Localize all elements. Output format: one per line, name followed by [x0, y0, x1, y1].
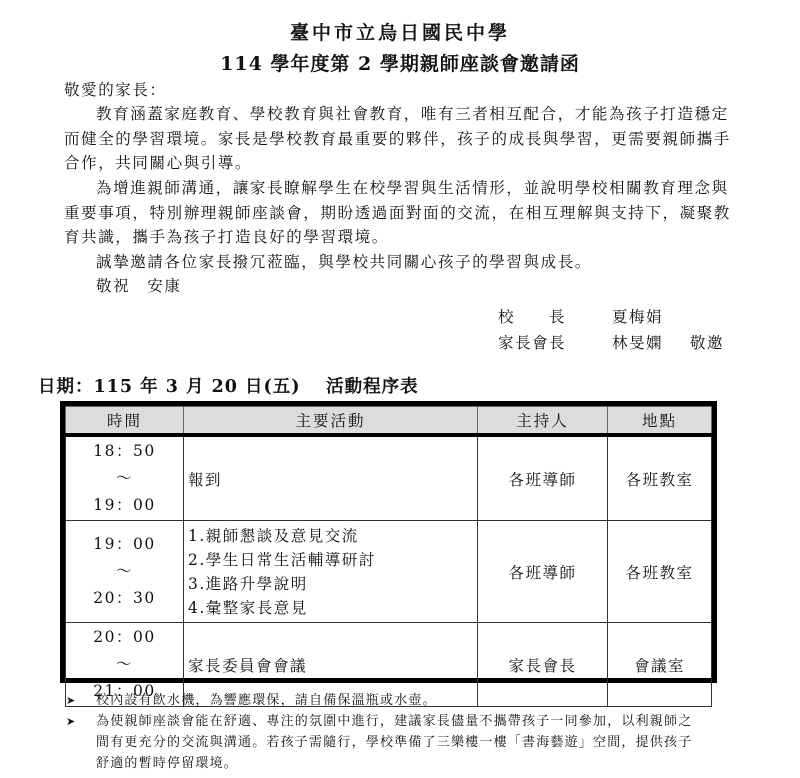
- header-location: 地點: [608, 407, 712, 436]
- start-time: 19：00: [67, 531, 182, 558]
- location-cell: 各班教室: [608, 521, 712, 623]
- schedule-table: 時間 主要活動 主持人 地點 18：50 ～ 19：00 報到 各班導師 各班教…: [60, 401, 717, 683]
- end-time: 19：00: [67, 492, 182, 519]
- signature-principal-name: 夏梅娟: [612, 305, 663, 327]
- end-time: 20：30: [67, 585, 182, 612]
- event-date-heading: 日期：115 年 3 月 20 日(五) 活動程序表: [38, 373, 419, 398]
- table-row: 19：00 ～ 20：30 1.親師懇談及意見交流 2.學生日常生活輔導研討 3…: [66, 521, 712, 623]
- signature-invite: 敬邀: [690, 331, 724, 353]
- paragraph-3: 誠摯邀請各位家長撥冗蒞臨，與學校共同關心孩子的學習與成長。: [96, 250, 776, 275]
- header-host: 主持人: [478, 407, 608, 436]
- activity-item: 1.親師懇談及意見交流: [188, 524, 476, 548]
- table-header-row: 時間 主要活動 主持人 地點: [66, 407, 712, 436]
- header-activity: 主要活動: [184, 407, 478, 436]
- closing-salutation: 敬祝 安康: [96, 274, 776, 299]
- start-time: 18：50: [67, 438, 182, 465]
- note-item: ➤ 為使親師座談會能在舒適、專注的氛圍中進行，建議家長儘量不攜帶孩子一同參加，以…: [64, 711, 696, 774]
- host-cell: 各班導師: [478, 435, 608, 521]
- table-row: 18：50 ～ 19：00 報到 各班導師 各班教室: [66, 435, 712, 521]
- host-cell: 各班導師: [478, 521, 608, 623]
- signature-pta-name: 林旻嫻: [612, 331, 663, 353]
- school-name: 臺中市立烏日國民中學: [0, 18, 800, 45]
- paragraph-2: 為增進親師溝通，讓家長瞭解學生在校學習與生活情形，並說明學校相關教育理念與重要事…: [64, 176, 744, 250]
- activity-cell: 1.親師懇談及意見交流 2.學生日常生活輔導研討 3.進路升學說明 4.彙整家長…: [184, 521, 478, 623]
- signature-pta-role: 家長會長: [498, 331, 566, 353]
- document-title: 114 學年度第 2 學期親師座談會邀請函: [0, 49, 800, 76]
- activity-item: 2.學生日常生活輔導研討: [188, 548, 476, 572]
- arrow-bullet-icon: ➤: [66, 711, 76, 732]
- location-cell: 各班教室: [608, 435, 712, 521]
- activity-item: 3.進路升學說明: [188, 572, 476, 596]
- time-separator: ～: [67, 651, 182, 678]
- time-separator: ～: [67, 465, 182, 492]
- activity-item: 報到: [188, 468, 476, 490]
- activity-item: 4.彙整家長意見: [188, 596, 476, 620]
- time-cell: 18：50 ～ 19：00: [66, 435, 184, 521]
- activity-item: 家長委員會會議: [188, 654, 476, 676]
- time-cell: 19：00 ～ 20：30: [66, 521, 184, 623]
- note-text: 校內設有飲水機，為響應環保，請自備保溫瓶或水壺。: [96, 693, 437, 708]
- time-separator: ～: [67, 558, 182, 585]
- start-time: 20：00: [67, 624, 182, 651]
- paragraph-1: 教育涵蓋家庭教育、學校教育與社會教育，唯有三者相互配合，才能為孩子打造穩定而健全…: [64, 102, 744, 176]
- greeting: 敬愛的家長：: [64, 78, 744, 103]
- activity-cell: 報到: [184, 435, 478, 521]
- arrow-bullet-icon: ➤: [66, 690, 76, 711]
- note-item: ➤ 校內設有飲水機，為響應環保，請自備保溫瓶或水壺。: [64, 690, 764, 711]
- header-time: 時間: [66, 407, 184, 436]
- note-text: 為使親師座談會能在舒適、專注的氛圍中進行，建議家長儘量不攜帶孩子一同參加，以利親…: [96, 714, 692, 771]
- signature-principal-role: 校 長: [498, 305, 566, 327]
- notes-list: ➤ 校內設有飲水機，為響應環保，請自備保溫瓶或水壺。 ➤ 為使親師座談會能在舒適…: [64, 690, 764, 774]
